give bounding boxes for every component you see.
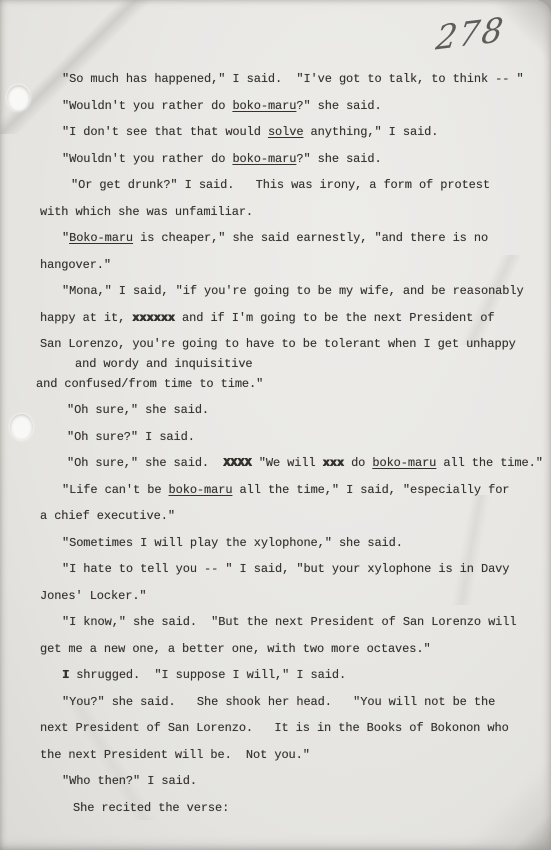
struck-out-text: XXXX [223, 456, 251, 470]
typescript-line: "Oh sure," she said. XXXX "We will xxx d… [67, 450, 533, 477]
typescript-line: "Wouldn't you rather do boko-maru?" she … [62, 146, 533, 173]
typescript-line: She recited the verse: [73, 795, 533, 822]
typescript-line: I shrugged. "I suppose I will," I said. [62, 662, 533, 689]
text-segment: "Oh sure?" I said. [67, 430, 195, 444]
text-segment: "Wouldn't you rather do [62, 152, 232, 166]
typescript-line: "Who then?" I said. [62, 768, 533, 795]
struck-out-text: xxxxxx [132, 311, 175, 325]
text-segment: and wordy and inquisitive [75, 357, 253, 371]
typescript-line: "Oh sure?" I said. [67, 424, 533, 451]
text-segment: ?" she said. [296, 99, 381, 113]
underlined-text: Boko-maru [69, 231, 133, 245]
typescript-line: and wordy and inquisitive [75, 358, 533, 371]
text-segment: a chief executive." [40, 509, 175, 523]
text-segment: anything," I said. [303, 125, 438, 139]
text-segment: San Lorenzo, you're going to have to be … [40, 337, 516, 351]
text-segment: hangover." [40, 258, 111, 272]
typescript-line: "Boko-maru is cheaper," she said earnest… [62, 225, 533, 252]
typescript-line: San Lorenzo, you're going to have to be … [40, 331, 533, 358]
text-segment: and confused/from time to time." [36, 377, 263, 391]
underlined-text: boko-maru [169, 483, 233, 497]
typescript-line: the next President will be. Not you." [40, 742, 533, 769]
typescript-line: "Oh sure," she said. [67, 397, 533, 424]
text-segment: next President of San Lorenzo. It is in … [40, 721, 509, 735]
text-segment: "We will [252, 456, 323, 470]
struck-out-text: xxx [323, 456, 344, 470]
text-segment: Jones' Locker." [40, 589, 147, 603]
text-segment: shrugged. "I suppose I will," I said. [69, 668, 346, 682]
text-segment: all the time," I said, "especially for [232, 483, 509, 497]
text-segment: do [344, 456, 372, 470]
typescript-line: get me a new one, a better one, with two… [40, 636, 533, 663]
text-segment: happy at it, [40, 311, 132, 325]
typescript-line: "Or get drunk?" I said. This was irony, … [71, 172, 533, 199]
typescript-line: "Sometimes I will play the xylophone," s… [62, 530, 533, 557]
text-segment: is cheaper," she said earnestly, "and th… [133, 231, 488, 245]
text-segment: the next President will be. Not you." [40, 748, 310, 762]
text-segment: "Who then?" I said. [62, 774, 197, 788]
text-segment: with which she was unfamiliar. [40, 205, 253, 219]
text-segment: She recited the verse: [73, 801, 229, 815]
text-segment: "Sometimes I will play the xylophone," s… [62, 536, 403, 550]
typescript: "So much has happened," I said. "I've go… [0, 0, 551, 821]
text-segment: "Or get drunk?" I said. This was irony, … [71, 178, 490, 192]
text-segment: all the time." [436, 456, 543, 470]
underlined-text: solve [268, 125, 304, 139]
typescript-line: "So much has happened," I said. "I've go… [62, 66, 533, 93]
typescript-line: Jones' Locker." [40, 583, 533, 610]
text-segment: "Wouldn't you rather do [62, 99, 232, 113]
text-segment: "I hate to tell you -- " I said, "but yo… [62, 562, 509, 576]
text-segment: "So much has happened," I said. "I've go… [62, 72, 524, 86]
text-segment: "Oh sure," she said. [67, 456, 223, 470]
typescript-line: "You?" she said. She shook her head. "Yo… [62, 689, 533, 716]
typescript-line: happy at it, xxxxxx and if I'm going to … [40, 305, 533, 332]
typescript-line: "Life can't be boko-maru all the time," … [62, 477, 533, 504]
typescript-line: a chief executive." [40, 503, 533, 530]
typescript-line: and confused/from time to time." [36, 371, 533, 398]
manuscript-page: 278 "So much has happened," I said. "I'v… [0, 0, 551, 850]
text-segment: "Oh sure," she said. [67, 403, 209, 417]
text-segment: get me a new one, a better one, with two… [40, 642, 431, 656]
underlined-text: boko-maru [232, 152, 296, 166]
typescript-line: next President of San Lorenzo. It is in … [40, 715, 533, 742]
underlined-text: boko-maru [372, 456, 436, 470]
text-segment: "Mona," I said, "if you're going to be m… [62, 284, 524, 298]
typescript-line: "I hate to tell you -- " I said, "but yo… [62, 556, 533, 583]
text-segment: "I know," she said. "But the next Presid… [62, 615, 516, 629]
typescript-line: "I don't see that that would solve anyth… [62, 119, 533, 146]
typescript-line: hangover." [40, 252, 533, 279]
typescript-line: with which she was unfamiliar. [40, 199, 533, 226]
text-segment: ?" she said. [296, 152, 381, 166]
underlined-text: boko-maru [232, 99, 296, 113]
text-segment: and if I'm going to be the next Presiden… [175, 311, 495, 325]
text-segment: "You?" she said. She shook her head. "Yo… [62, 695, 495, 709]
typescript-line: "Mona," I said, "if you're going to be m… [62, 278, 533, 305]
text-segment: "Life can't be [62, 483, 169, 497]
text-segment: "I don't see that that would [62, 125, 268, 139]
typescript-line: "I know," she said. "But the next Presid… [62, 609, 533, 636]
typescript-line: "Wouldn't you rather do boko-maru?" she … [62, 93, 533, 120]
